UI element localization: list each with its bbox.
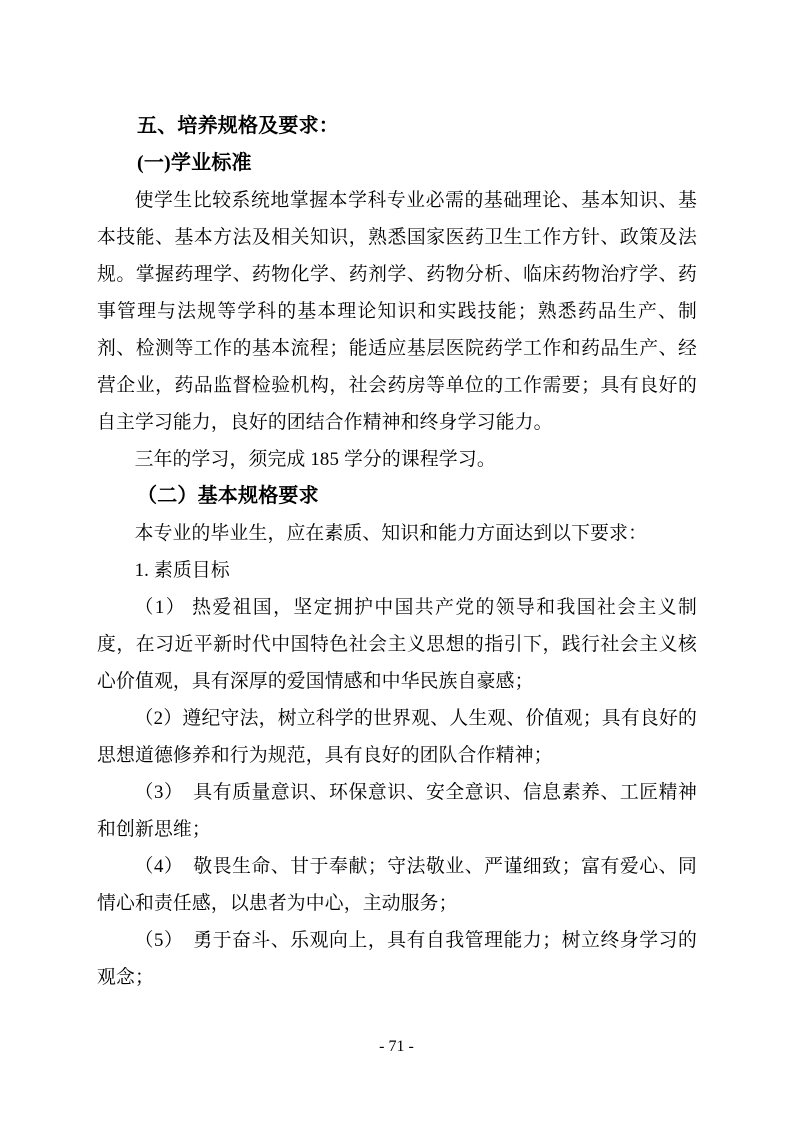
list-item-2: （2）遵纪守法，树立科学的世界观、人生观、价值观；具有良好的思想道德修养和行为规…: [97, 700, 697, 774]
sub-heading-basic-requirements: （二）基本规格要求: [97, 478, 697, 515]
paragraph: 使学生比较系统地掌握本学科专业必需的基础理论、基本知识、基本技能、基本方法及相关…: [97, 182, 697, 441]
list-heading-quality-goals: 1. 素质目标: [97, 552, 697, 589]
list-item-1: （1） 热爱祖国，坚定拥护中国共产党的领导和我国社会主义制度，在习近平新时代中国…: [97, 589, 697, 700]
page-number: - 71 -: [0, 1036, 793, 1058]
document-page: 五、培养规格及要求： (一)学业标准 使学生比较系统地掌握本学科专业必需的基础理…: [0, 0, 793, 1122]
paragraph: 本专业的毕业生，应在素质、知识和能力方面达到以下要求：: [97, 515, 697, 552]
section-heading: 五、培养规格及要求：: [97, 108, 697, 145]
page-body: 五、培养规格及要求： (一)学业标准 使学生比较系统地掌握本学科专业必需的基础理…: [97, 108, 697, 996]
list-item-4: （4） 敬畏生命、甘于奉献；守法敬业、严谨细致；富有爱心、同情心和责任感，以患者…: [97, 848, 697, 922]
list-item-3: （3） 具有质量意识、环保意识、安全意识、信息素养、工匠精神和创新思维；: [97, 774, 697, 848]
list-item-5: （5） 勇于奋斗、乐观向上，具有自我管理能力；树立终身学习的观念；: [97, 922, 697, 996]
sub-heading-academic-standard: (一)学业标准: [97, 145, 697, 182]
paragraph: 三年的学习，须完成 185 学分的课程学习。: [97, 441, 697, 478]
